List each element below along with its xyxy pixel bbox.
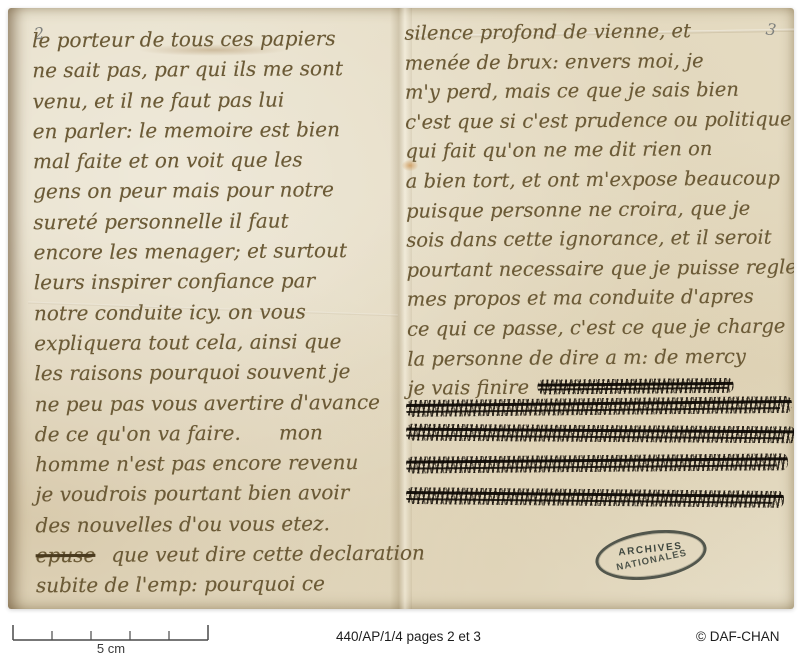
- left-page-text: le porteur de tous ces papiers ne sait p…: [32, 23, 408, 601]
- manuscript-line: homme n'est pas encore revenu: [35, 447, 407, 480]
- manuscript-line: expliquera tout cela, ainsi que: [34, 326, 406, 359]
- copyright-notice: © DAF-CHAN: [696, 629, 779, 644]
- manuscript-photo: 2 3 le porteur de tous ces papiers ne sa…: [8, 8, 794, 609]
- manuscript-line: silence profond de vienne, et: [404, 15, 794, 48]
- manuscript-line: je voudrois pourtant bien avoir: [35, 477, 407, 510]
- struck-out-word: epuse: [36, 543, 96, 567]
- redacted-scribble-line: [406, 424, 794, 444]
- redacted-scribble-inline: [537, 378, 733, 395]
- manuscript-line: gens on peur mais pour notre: [33, 174, 405, 207]
- manuscript-line: mal faite et on voit que les: [33, 144, 405, 177]
- manuscript-line: notre conduite icy. on vous: [34, 295, 406, 328]
- manuscript-line: je vais finire: [407, 376, 529, 400]
- manuscript-line: de ce qu'on va faire. mon: [35, 417, 407, 450]
- manuscript-line: sois dans cette ignorance, et il seroit: [406, 222, 794, 255]
- manuscript-line: le porteur de tous ces papiers: [32, 23, 404, 56]
- manuscript-line: ce qui ce passe, c'est ce que je charge: [407, 311, 794, 344]
- manuscript-line: en parler: le memoire est bien: [33, 114, 405, 147]
- redacted-scribble-line: [406, 453, 788, 473]
- right-page-text: silence profond de vienne, et menée de b…: [404, 15, 794, 403]
- manuscript-line: ne peu pas vous avertire d'avance: [35, 386, 407, 419]
- scale-bar-label: 5 cm: [12, 641, 210, 656]
- manuscript-line: qui fait qu'on ne me dit rien on: [405, 134, 794, 167]
- scale-bar: [12, 617, 210, 643]
- manuscript-line: des nouvelles d'ou vous etez.: [35, 507, 407, 540]
- screenshot-root: 2 3 le porteur de tous ces papiers ne sa…: [0, 0, 800, 664]
- redacted-text-block: [406, 398, 794, 516]
- manuscript-line: la personne de dire a m: de mercy: [407, 341, 794, 374]
- manuscript-line: a bien tort, et ont m'expose beaucoup: [406, 163, 794, 196]
- manuscript-line: c'est que si c'est prudence ou politique: [405, 104, 794, 137]
- manuscript-line: sureté personnelle il faut: [33, 204, 405, 237]
- redacted-scribble-line: [406, 396, 792, 417]
- manuscript-line-with-strikeout: epuseque veut dire cette declaration: [36, 538, 408, 571]
- manuscript-line: les raisons pourquoi souvent je: [34, 356, 406, 389]
- manuscript-line: m'y perd, mais ce que je sais bien: [405, 74, 794, 107]
- manuscript-line: leurs inspirer confiance par: [34, 265, 406, 298]
- archives-nationales-stamp: ARCHIVES NATIONALES: [592, 523, 710, 586]
- manuscript-line: ne sait pas, par qui ils me sont: [32, 53, 404, 86]
- document-caption: 440/AP/1/4 pages 2 et 3: [336, 629, 481, 644]
- manuscript-line: subite de l'emp: pourquoi ce: [36, 568, 408, 601]
- manuscript-line: venu, et il ne faut pas lui: [32, 83, 404, 116]
- manuscript-line: puisque personne ne croira, que je: [406, 193, 794, 226]
- manuscript-line: mes propos et ma conduite d'apres: [407, 282, 794, 315]
- manuscript-line: que veut dire cette declaration: [111, 541, 425, 567]
- manuscript-line: menée de brux: envers moi, je: [405, 45, 794, 78]
- manuscript-line: pourtant necessaire que je puisse regler: [406, 252, 794, 285]
- redacted-scribble-line: [406, 487, 784, 508]
- manuscript-line: encore les menager; et surtout: [33, 235, 405, 268]
